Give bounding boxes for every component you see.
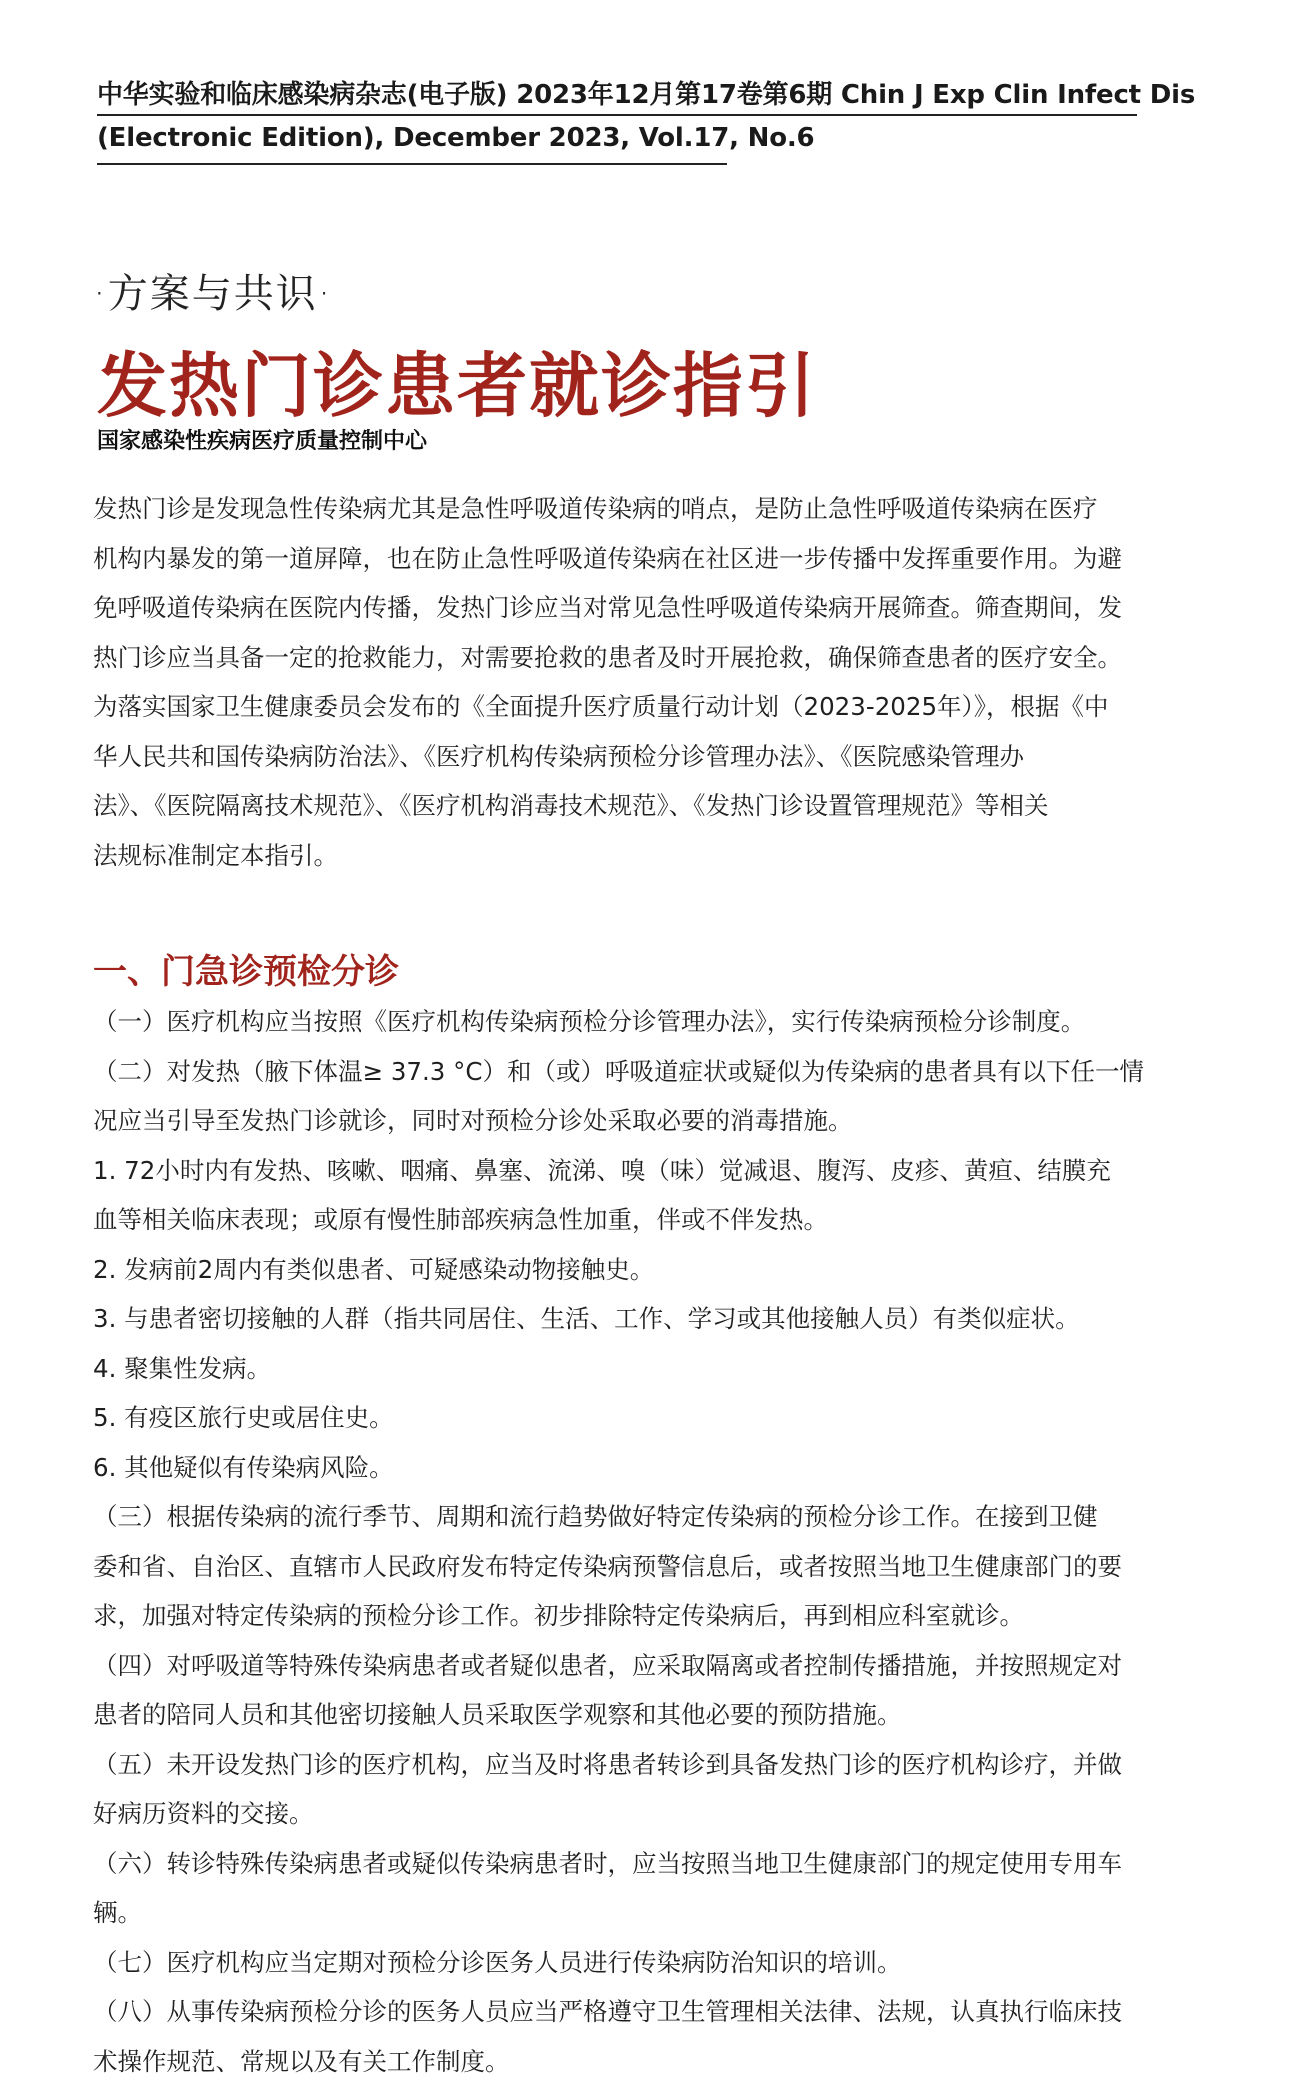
text-line: 6. 其他疑似有传染病风险。 xyxy=(93,1443,1213,1493)
text-line: （四）对呼吸道等特殊传染病患者或者疑似患者，应采取隔离或者控制传播措施，并按照规… xyxy=(93,1641,1213,1691)
text-line: 况应当引导至发热门诊就诊，同时对预检分诊处采取必要的消毒措施。 xyxy=(93,1096,1213,1146)
text-line: 发热门诊是发现急性传染病尤其是急性呼吸道传染病的哨点，是防止急性呼吸道传染病在医… xyxy=(93,484,1213,534)
section-heading-1: 一、门急诊预检分诊 xyxy=(93,944,399,993)
article-title: 发热门诊患者就诊指引 xyxy=(97,330,817,431)
text-line: 辆。 xyxy=(93,1888,1213,1938)
text-line: 为落实国家卫生健康委员会发布的《全面提升医疗质量行动计划（2023-2025年）… xyxy=(93,682,1213,732)
intro-paragraph: 发热门诊是发现急性传染病尤其是急性呼吸道传染病的哨点，是防止急性呼吸道传染病在医… xyxy=(93,484,1213,880)
text-line: 2. 发病前2周内有类似患者、可疑感染动物接触史。 xyxy=(93,1245,1213,1295)
text-line: 委和省、自治区、直辖市人民政府发布特定传染病预警信息后，或者按照当地卫生健康部门… xyxy=(93,1542,1213,1592)
text-line: 1. 72小时内有发热、咳嗽、咽痛、鼻塞、流涕、嗅（味）觉减退、腹泻、皮疹、黄疸… xyxy=(93,1146,1213,1196)
section-1-body: （一）医疗机构应当按照《医疗机构传染病预检分诊管理办法》，实行传染病预检分诊制度… xyxy=(93,997,1213,2086)
text-line: （八）从事传染病预检分诊的医务人员应当严格遵守卫生管理相关法律、法规，认真执行临… xyxy=(93,1987,1213,2037)
text-line: （一）医疗机构应当按照《医疗机构传染病预检分诊管理办法》，实行传染病预检分诊制度… xyxy=(93,997,1213,1047)
text-line: 华人民共和国传染病防治法》、《医疗机构传染病预检分诊管理办法》、《医院感染管理办 xyxy=(93,732,1213,782)
text-line: （二）对发热（腋下体温≥ 37.3 °C）和（或）呼吸道症状或疑似为传染病的患者… xyxy=(93,1047,1213,1097)
header-rule-2 xyxy=(97,163,727,165)
text-line: 血等相关临床表现；或原有慢性肺部疾病急性加重，伴或不伴发热。 xyxy=(93,1195,1213,1245)
text-line: 术操作规范、常规以及有关工作制度。 xyxy=(93,2037,1213,2087)
text-line: （三）根据传染病的流行季节、周期和流行趋势做好特定传染病的预检分诊工作。在接到卫… xyxy=(93,1492,1213,1542)
text-line: 好病历资料的交接。 xyxy=(93,1789,1213,1839)
header-rule-1 xyxy=(97,114,1137,116)
text-line: 热门诊应当具备一定的抢救能力，对需要抢救的患者及时开展抢救，确保筛查患者的医疗安… xyxy=(93,633,1213,683)
text-line: （七）医疗机构应当定期对预检分诊医务人员进行传染病防治知识的培训。 xyxy=(93,1938,1213,1988)
text-line: 患者的陪同人员和其他密切接触人员采取医学观察和其他必要的预防措施。 xyxy=(93,1690,1213,1740)
text-line: 5. 有疫区旅行史或居住史。 xyxy=(93,1393,1213,1443)
column-label: ·方案与共识· xyxy=(93,262,332,319)
journal-citation-line-1: 中华实验和临床感染病杂志(电子版) 2023年12月第17卷第6期 Chin J… xyxy=(97,74,1195,111)
text-line: 3. 与患者密切接触的人群（指共同居住、生活、工作、学习或其他接触人员）有类似症… xyxy=(93,1294,1213,1344)
text-line: （六）转诊特殊传染病患者或疑似传染病患者时，应当按照当地卫生健康部门的规定使用专… xyxy=(93,1839,1213,1889)
text-line: （五）未开设发热门诊的医疗机构，应当及时将患者转诊到具备发热门诊的医疗机构诊疗，… xyxy=(93,1740,1213,1790)
journal-citation-line-2: (Electronic Edition), December 2023, Vol… xyxy=(97,123,814,153)
article-author: 国家感染性疾病医疗质量控制中心 xyxy=(97,424,427,455)
text-line: 法规标准制定本指引。 xyxy=(93,831,1213,881)
text-line: 4. 聚集性发病。 xyxy=(93,1344,1213,1394)
text-line: 法》、《医院隔离技术规范》、《医疗机构消毒技术规范》、《发热门诊设置管理规范》等… xyxy=(93,781,1213,831)
text-line: 求，加强对特定传染病的预检分诊工作。初步排除特定传染病后，再到相应科室就诊。 xyxy=(93,1591,1213,1641)
text-line: 机构内暴发的第一道屏障，也在防止急性呼吸道传染病在社区进一步传播中发挥重要作用。… xyxy=(93,534,1213,584)
text-line: 免呼吸道传染病在医院内传播，发热门诊应当对常见急性呼吸道传染病开展筛查。筛查期间… xyxy=(93,583,1213,633)
